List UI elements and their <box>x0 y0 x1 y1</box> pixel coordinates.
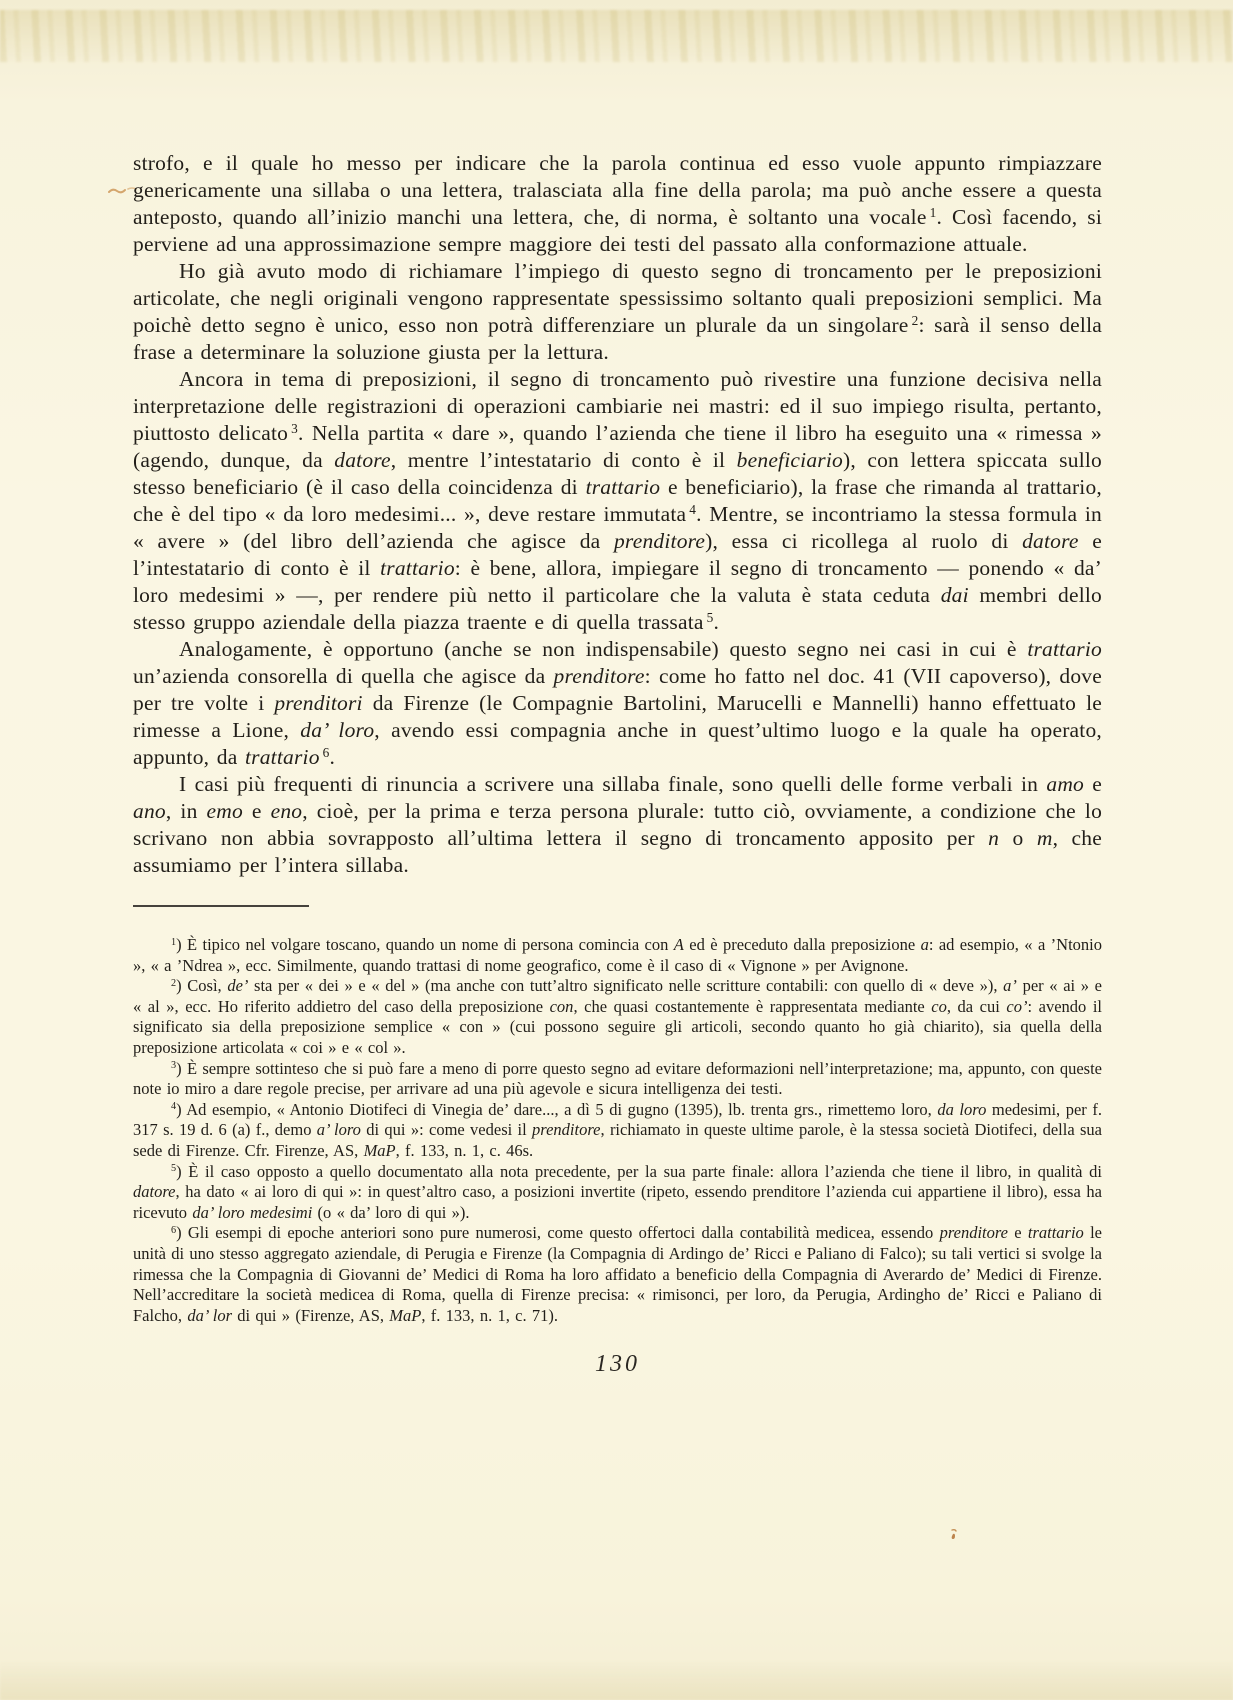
scan-texture-band-bottom <box>0 1660 1233 1700</box>
text-segment: , mentre l’intestatario di conto è il <box>391 448 737 472</box>
text-segment: sta per « dei » e « del » (ma anche con … <box>248 976 1003 995</box>
paragraph-2: Ho già avuto modo di richiamare l’impieg… <box>133 258 1102 366</box>
text-segment: co’ <box>1006 997 1027 1016</box>
text-segment: datore <box>133 1182 175 1201</box>
footnote-reference: 5 <box>171 1163 176 1174</box>
text-segment: I casi più frequenti di rinuncia a scriv… <box>179 772 1046 796</box>
text-segment: eno <box>271 799 303 823</box>
text-segment: Analogamente, è opportuno (anche se non … <box>179 637 1027 661</box>
footnote-1: 1) È tipico nel volgare toscano, quando … <box>133 935 1102 976</box>
footnotes-section: 1) È tipico nel volgare toscano, quando … <box>133 935 1102 1326</box>
scanned-book-page: strofo, e il quale ho messo per indicare… <box>0 0 1233 1700</box>
footnote-6: 6) Gli esempi di epoche anteriori sono p… <box>133 1223 1102 1326</box>
text-segment: de’ <box>227 976 248 995</box>
text-segment: di qui » (Firenze, AS, <box>232 1306 389 1325</box>
text-segment: . <box>714 610 720 634</box>
text-segment: ano <box>133 799 166 823</box>
footnote-reference: 2 <box>912 313 919 328</box>
text-segment: . <box>330 745 336 769</box>
text-segment: ) Gli esempi di epoche anteriori sono pu… <box>176 1223 939 1242</box>
text-segment: m <box>1037 826 1053 850</box>
text-segment: prenditore <box>940 1223 1008 1242</box>
text-segment: e <box>1008 1223 1028 1242</box>
text-segment: , che quasi costantemente è rappresentat… <box>573 997 931 1016</box>
paragraph-1: strofo, e il quale ho messo per indicare… <box>133 150 1102 258</box>
footnote-2: 2) Così, de’ sta per « dei » e « del » (… <box>133 976 1102 1058</box>
text-segment: datore <box>334 448 391 472</box>
paragraph-4: Analogamente, è opportuno (anche se non … <box>133 636 1102 771</box>
text-segment: o <box>999 826 1037 850</box>
text-segment: prenditore <box>614 529 705 553</box>
footnote-reference: 4 <box>689 502 696 517</box>
text-segment: amo <box>1046 772 1084 796</box>
text-segment: prenditori <box>274 691 362 715</box>
footnote-reference: 2 <box>171 978 176 989</box>
footnote-reference: 1 <box>930 205 937 220</box>
footnote-reference: 1 <box>171 937 176 948</box>
text-segment: da loro <box>937 1100 986 1119</box>
text-segment: un’azienda consorella di quella che agis… <box>133 664 554 688</box>
footnote-reference: 3 <box>291 421 298 436</box>
footnote-3: 3) È sempre sottinteso che si può fare a… <box>133 1059 1102 1100</box>
text-segment: con <box>550 997 574 1016</box>
text-segment: ) È sempre sottinteso che si può fare a … <box>133 1059 1102 1099</box>
text-segment: trattario <box>380 556 455 580</box>
text-segment: beneficiario <box>737 448 843 472</box>
paragraph-5: I casi più frequenti di rinuncia a scriv… <box>133 771 1102 879</box>
text-segment: dai <box>941 583 969 607</box>
text-segment: prenditore <box>554 664 645 688</box>
text-segment: e <box>243 799 271 823</box>
text-segment: e <box>1084 772 1102 796</box>
scan-ink-speck-bottom-right <box>946 1527 960 1545</box>
text-segment: da’ loro <box>300 718 374 742</box>
text-segment: a <box>921 935 929 954</box>
text-segment: n <box>988 826 999 850</box>
paragraph-3: Ancora in tema di preposizioni, il segno… <box>133 366 1102 636</box>
text-segment: MaP <box>364 1141 396 1160</box>
text-segment: , in <box>166 799 207 823</box>
text-segment: co <box>931 997 947 1016</box>
body-text: strofo, e il quale ho messo per indicare… <box>133 150 1102 879</box>
text-segment: (o « da’ loro di qui »). <box>312 1203 469 1222</box>
text-segment: A <box>674 935 684 954</box>
footnote-reference: 4 <box>171 1101 176 1112</box>
text-segment: , da cui <box>947 997 1007 1016</box>
text-segment: ) È tipico nel volgare toscano, quando u… <box>176 935 674 954</box>
footnote-reference: 5 <box>707 610 714 625</box>
text-segment: ) È il caso opposto a quello documentato… <box>176 1162 1102 1181</box>
text-segment: a’ loro <box>317 1120 361 1139</box>
text-segment: trattario <box>245 745 320 769</box>
page-number: 130 <box>133 1351 1102 1378</box>
text-segment: emo <box>207 799 243 823</box>
text-segment: trattario <box>1028 1223 1084 1242</box>
text-segment: di qui »: come vedesi il <box>361 1120 532 1139</box>
text-segment: , f. 133, n. 1, c. 71). <box>421 1306 558 1325</box>
text-segment: da’ lor <box>187 1306 232 1325</box>
text-segment: , f. 133, n. 1, c. 46s. <box>396 1141 534 1160</box>
text-segment: prenditore <box>532 1120 600 1139</box>
text-segment: datore <box>1022 529 1079 553</box>
text-segment: da’ loro medesimi <box>192 1203 312 1222</box>
text-segment: ) Così, <box>176 976 227 995</box>
text-segment: ed è preceduto dalla preposizione <box>684 935 921 954</box>
footnote-4: 4) Ad esempio, « Antonio Diotifeci di Vi… <box>133 1100 1102 1162</box>
text-segment: trattario <box>586 475 661 499</box>
footnote-5: 5) È il caso opposto a quello documentat… <box>133 1162 1102 1224</box>
footnote-divider <box>133 905 309 907</box>
page-content: strofo, e il quale ho messo per indicare… <box>0 0 1233 1378</box>
text-segment: a’ <box>1003 976 1017 995</box>
footnote-reference: 6 <box>323 745 330 760</box>
text-segment: ) Ad esempio, « Antonio Diotifeci di Vin… <box>176 1100 937 1119</box>
text-segment: trattario <box>1027 637 1102 661</box>
text-segment: MaP <box>389 1306 421 1325</box>
text-segment: ), essa ci ricollega al ruolo di <box>705 529 1022 553</box>
footnote-reference: 3 <box>171 1060 176 1071</box>
footnote-reference: 6 <box>171 1225 176 1236</box>
